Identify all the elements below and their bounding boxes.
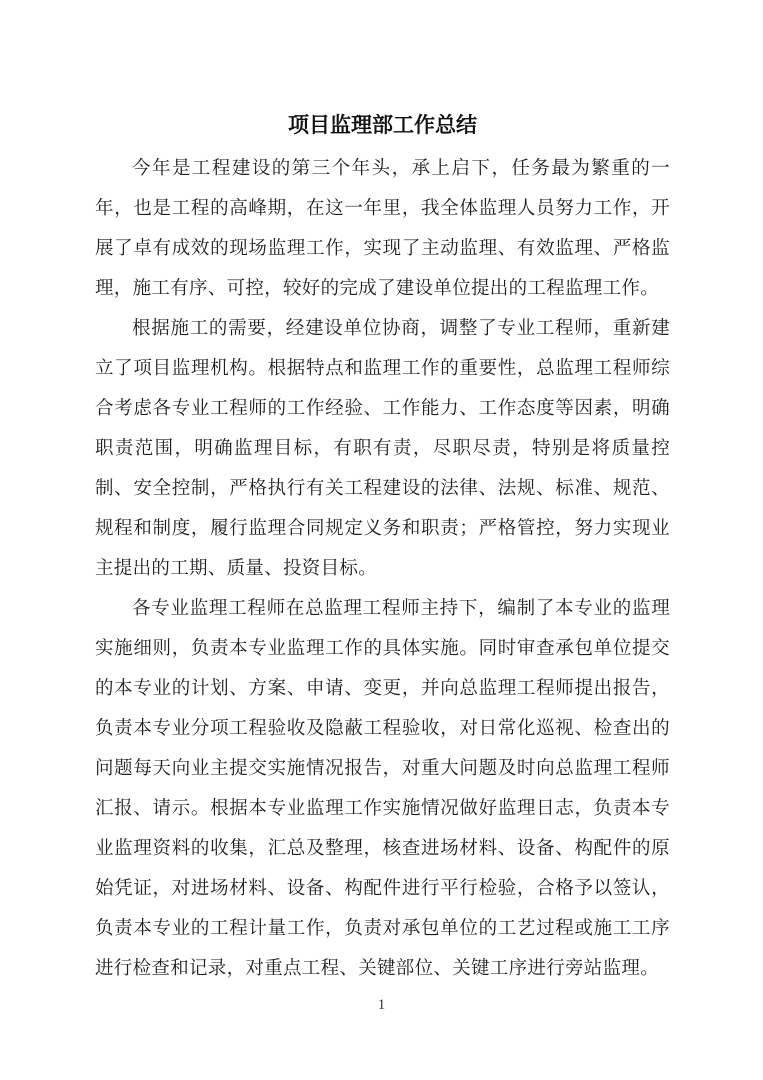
paragraph-intro: 今年是工程建设的第三个年头，承上启下，任务最为繁重的一年，也是工程的高峰期，在这… [95, 148, 670, 308]
page-number: 1 [0, 997, 763, 1014]
document-page: 项目监理部工作总结 今年是工程建设的第三个年头，承上启下，任务最为繁重的一年，也… [0, 0, 763, 1080]
paragraph-organization: 根据施工的需要，经建设单位协商，调整了专业工程师，重新建立了项目监理机构。根据特… [95, 308, 670, 588]
paragraph-engineer-duties: 各专业监理工程师在总监理工程师主持下，编制了本专业的监理实施细则，负责本专业监理… [95, 588, 670, 988]
document-title: 项目监理部工作总结 [95, 106, 670, 146]
